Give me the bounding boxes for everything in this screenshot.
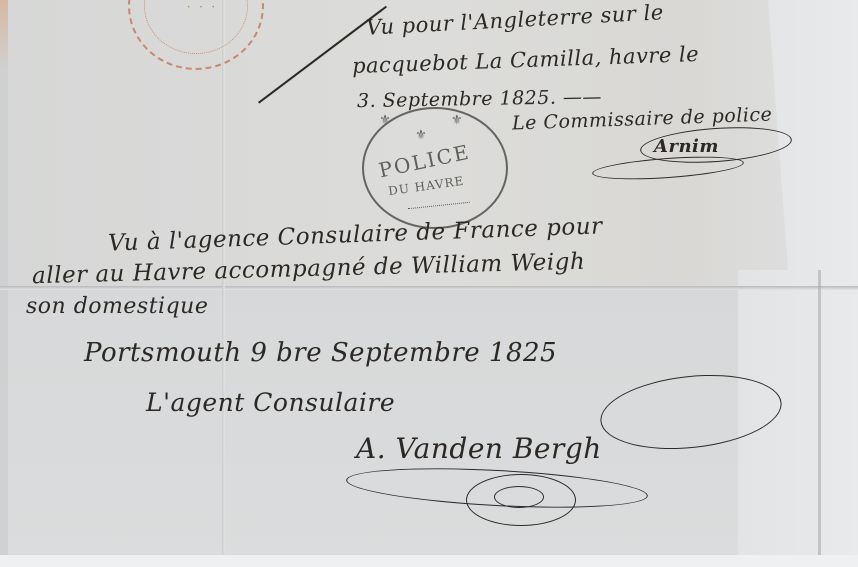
bottom-entry-date-line: Portsmouth 9 bre Septembre 1825	[84, 338, 557, 368]
top-entry-line-3: 3. Septembre 1825. ——	[357, 86, 602, 112]
fleur-de-lis-icon: ⚜ ⚜ ⚜	[364, 113, 506, 143]
stamp-dotted-rule	[408, 202, 470, 209]
bottom-paper-edge	[0, 555, 858, 567]
police-du-havre-stamp: ⚜ ⚜ ⚜ POLICE DU HAVRE	[362, 107, 508, 229]
red-postmark-text: · · ·	[162, 0, 242, 15]
signature-paraph-inner-circle	[494, 486, 544, 508]
bottom-entry-line-3: son domestique	[26, 294, 208, 319]
consular-agent-signature: A. Vanden Bergh	[356, 432, 602, 465]
document-photo: · · · Vu pour l'Angleterre sur le pacque…	[0, 0, 858, 567]
left-paper-edge	[0, 0, 8, 567]
right-fold-line	[818, 270, 821, 567]
bottom-entry-title: L'agent Consulaire	[146, 388, 395, 417]
